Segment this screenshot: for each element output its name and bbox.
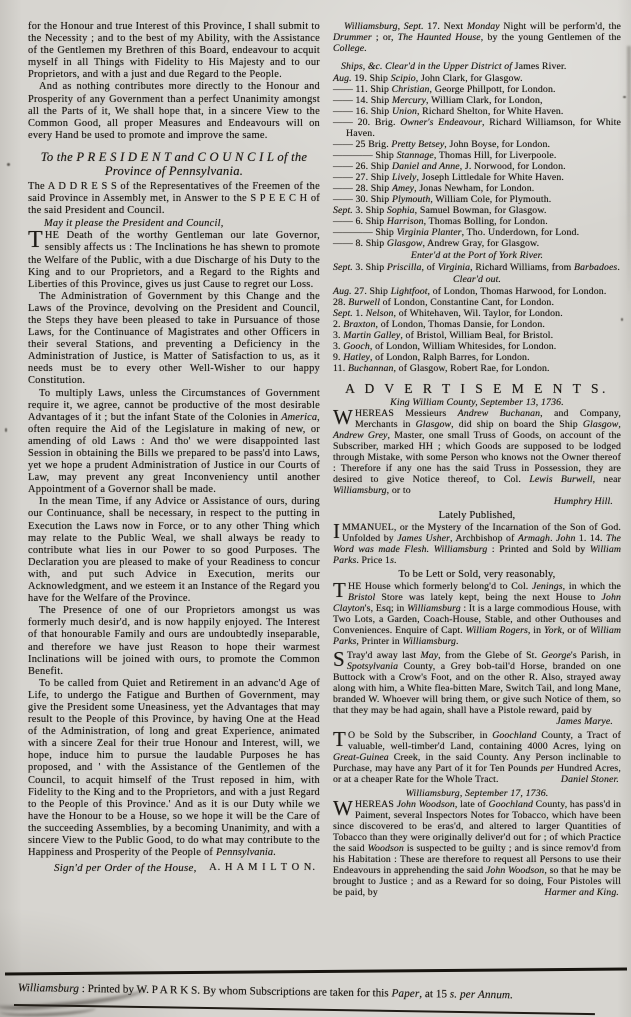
- advertisement: King William County, September 13, 1736.…: [333, 397, 621, 507]
- address-paragraph: THE Death of the worthy Gentleman our la…: [28, 230, 320, 290]
- signoff-lead: Sign'd per Order of the House,: [54, 862, 197, 874]
- ship-entry: 9. Hatley, of London, Ralph Barres, for …: [333, 352, 621, 363]
- ship-entry: Sept. 3. Ship Priscilla, of Virginia, Ri…: [333, 262, 621, 273]
- ad-body: WHEREAS John Woodson, late of Goochland …: [333, 799, 621, 898]
- address-intro: The A D D R E S S of the Representatives…: [28, 181, 320, 217]
- address-signoff: Sign'd per Order of the House, A. H A M …: [28, 859, 320, 874]
- ship-entry: —— 26. Ship Daniel and Anne, J. Norwood,…: [333, 161, 621, 172]
- advertisement: To be Lett or Sold, very reasonably, THE…: [333, 569, 621, 647]
- ink-speck: [7, 163, 10, 166]
- footer-rule-bottom: [14, 1004, 594, 1015]
- ad-body: WHEREAS Messieurs Andrew Buchanan, and C…: [333, 408, 621, 496]
- ad-signature: James Marye.: [333, 716, 621, 727]
- newspaper-page: for the Honour and true Interest of this…: [0, 0, 631, 1017]
- footer-rule-top: [5, 968, 627, 975]
- advertisement: Lately Published, IMMANUEL, or the Myste…: [333, 510, 621, 566]
- ships-cleared-james-heading: Ships, &c. Clear'd in the Upper District…: [333, 61, 621, 72]
- ship-entry: Sept. 3. Ship Sophia, Samuel Bowman, for…: [333, 205, 621, 216]
- ship-entry: Aug. 27. Ship Lightfoot, of London, Thom…: [333, 286, 621, 297]
- ship-entry: —— 8. Ship Glasgow, Andrew Gray, for Gla…: [333, 238, 621, 249]
- ship-entry: ———— Ship Stannage, Thomas Hill, for Liv…: [333, 150, 621, 161]
- advertisements-heading: A D V E R T I S E M E N T S.: [333, 383, 621, 394]
- ship-entry: ———— Ship Virginia Planter, Tho. Underdo…: [333, 227, 621, 238]
- address-paragraph: To be called from Quiet and Retirement i…: [28, 678, 320, 859]
- address-paragraph: In the mean Time, if any Advice or Assis…: [28, 496, 320, 605]
- address-salutation: May it please the President and Council,: [28, 218, 320, 230]
- ad-heading: To be Lett or Sold, very reasonably,: [333, 569, 621, 580]
- advertisement: STray'd away last May, from the Glebe of…: [333, 650, 621, 727]
- ink-speck: [623, 96, 626, 98]
- entered-york-heading: Enter'd at the Port of York River.: [333, 250, 621, 261]
- ships-cleared-james-list: Aug. 19. Ship Scipio, John Clark, for Gl…: [333, 73, 621, 249]
- ad-dateline: King William County, September 13, 1736.: [333, 397, 621, 408]
- cleared-out-heading: Clear'd out.: [333, 274, 621, 285]
- scan-edge-shadow: [627, 46, 631, 296]
- ad-heading: Lately Published,: [333, 510, 621, 521]
- page-body: for the Honour and true Interest of this…: [0, 0, 631, 898]
- cleared-out-list: Aug. 27. Ship Lightfoot, of London, Thom…: [333, 286, 621, 374]
- advertisement: Williamsburg, September 17, 1736. WHEREA…: [333, 788, 621, 898]
- ship-entry: —— 20. Brig. Owner's Endeavour, Richard …: [333, 117, 621, 139]
- address-paragraph: To multiply Laws, unless the Circumstanc…: [28, 388, 320, 497]
- ship-entry: —— 25 Brig. Pretty Betsey, John Boyse, f…: [333, 139, 621, 150]
- ship-entry: Aug. 19. Ship Scipio, John Clark, for Gl…: [333, 73, 621, 84]
- ad-signature: Humphry Hill.: [333, 496, 621, 507]
- ship-entry: —— 27. Ship Lively, Joseph Littledale fo…: [333, 172, 621, 183]
- ship-entry: 28. Burwell of London, Constantine Cant,…: [333, 297, 621, 308]
- left-column: for the Honour and true Interest of this…: [28, 21, 320, 898]
- ink-speck: [621, 318, 623, 321]
- ship-entry: —— 28. Ship Amey, Jonas Newham, for Lond…: [333, 183, 621, 194]
- ad-dateline: Williamsburg, September 17, 1736.: [333, 788, 621, 799]
- ship-entry: 11. Buchannan, of Glasgow, Robert Rae, f…: [333, 363, 621, 374]
- address-heading: To the P R E S I D E N T and C O U N C I…: [30, 150, 318, 179]
- ship-entry: —— 14. Ship Mercury, William Clark, for …: [333, 95, 621, 106]
- ad-body: THE House which formerly belong'd to Col…: [333, 581, 621, 647]
- ship-entry: 3. Martin Galley, of Bristol, William Be…: [333, 330, 621, 341]
- ship-entry: —— 6. Ship Harrison, Thomas Bolling, for…: [333, 216, 621, 227]
- address-paragraph: The Administration of Government by this…: [28, 291, 320, 388]
- ad-body: STray'd away last May, from the Glebe of…: [333, 650, 621, 716]
- right-column: Williamsburg, Sept. 17. Next Monday Nigh…: [333, 21, 621, 898]
- ship-entry: Sept. 1. Nelson, of Whitehaven, Wil. Tay…: [333, 308, 621, 319]
- continuation-paragraph: for the Honour and true Interest of this…: [28, 21, 320, 81]
- address-paragraph: The Presence of one of our Proprietors a…: [28, 605, 320, 678]
- ship-entry: —— 11. Ship Christian, George Phillpott,…: [333, 84, 621, 95]
- ink-speck: [5, 428, 7, 432]
- theatre-notice: Williamsburg, Sept. 17. Next Monday Nigh…: [333, 21, 621, 54]
- ad-body: IMMANUEL, or the Mystery of the Incarnat…: [333, 522, 621, 566]
- ship-entry: —— 30. Ship Plymouth, William Cole, for …: [333, 194, 621, 205]
- ship-entry: 2. Braxton, of London, Thomas Dansie, fo…: [333, 319, 621, 330]
- entered-york-list: Sept. 3. Ship Priscilla, of Virginia, Ri…: [333, 262, 621, 273]
- ship-entry: —— 16. Ship Union, Richard Shelton, for …: [333, 106, 621, 117]
- ship-entry: 3. Gooch, of London, William Whitesides,…: [333, 341, 621, 352]
- unanimity-paragraph: And as nothing contributes more directly…: [28, 81, 320, 141]
- advertisement: TO be Sold by the Subscriber, in Goochla…: [333, 730, 621, 785]
- signoff-name: A. H A M I L T O N.: [209, 862, 316, 874]
